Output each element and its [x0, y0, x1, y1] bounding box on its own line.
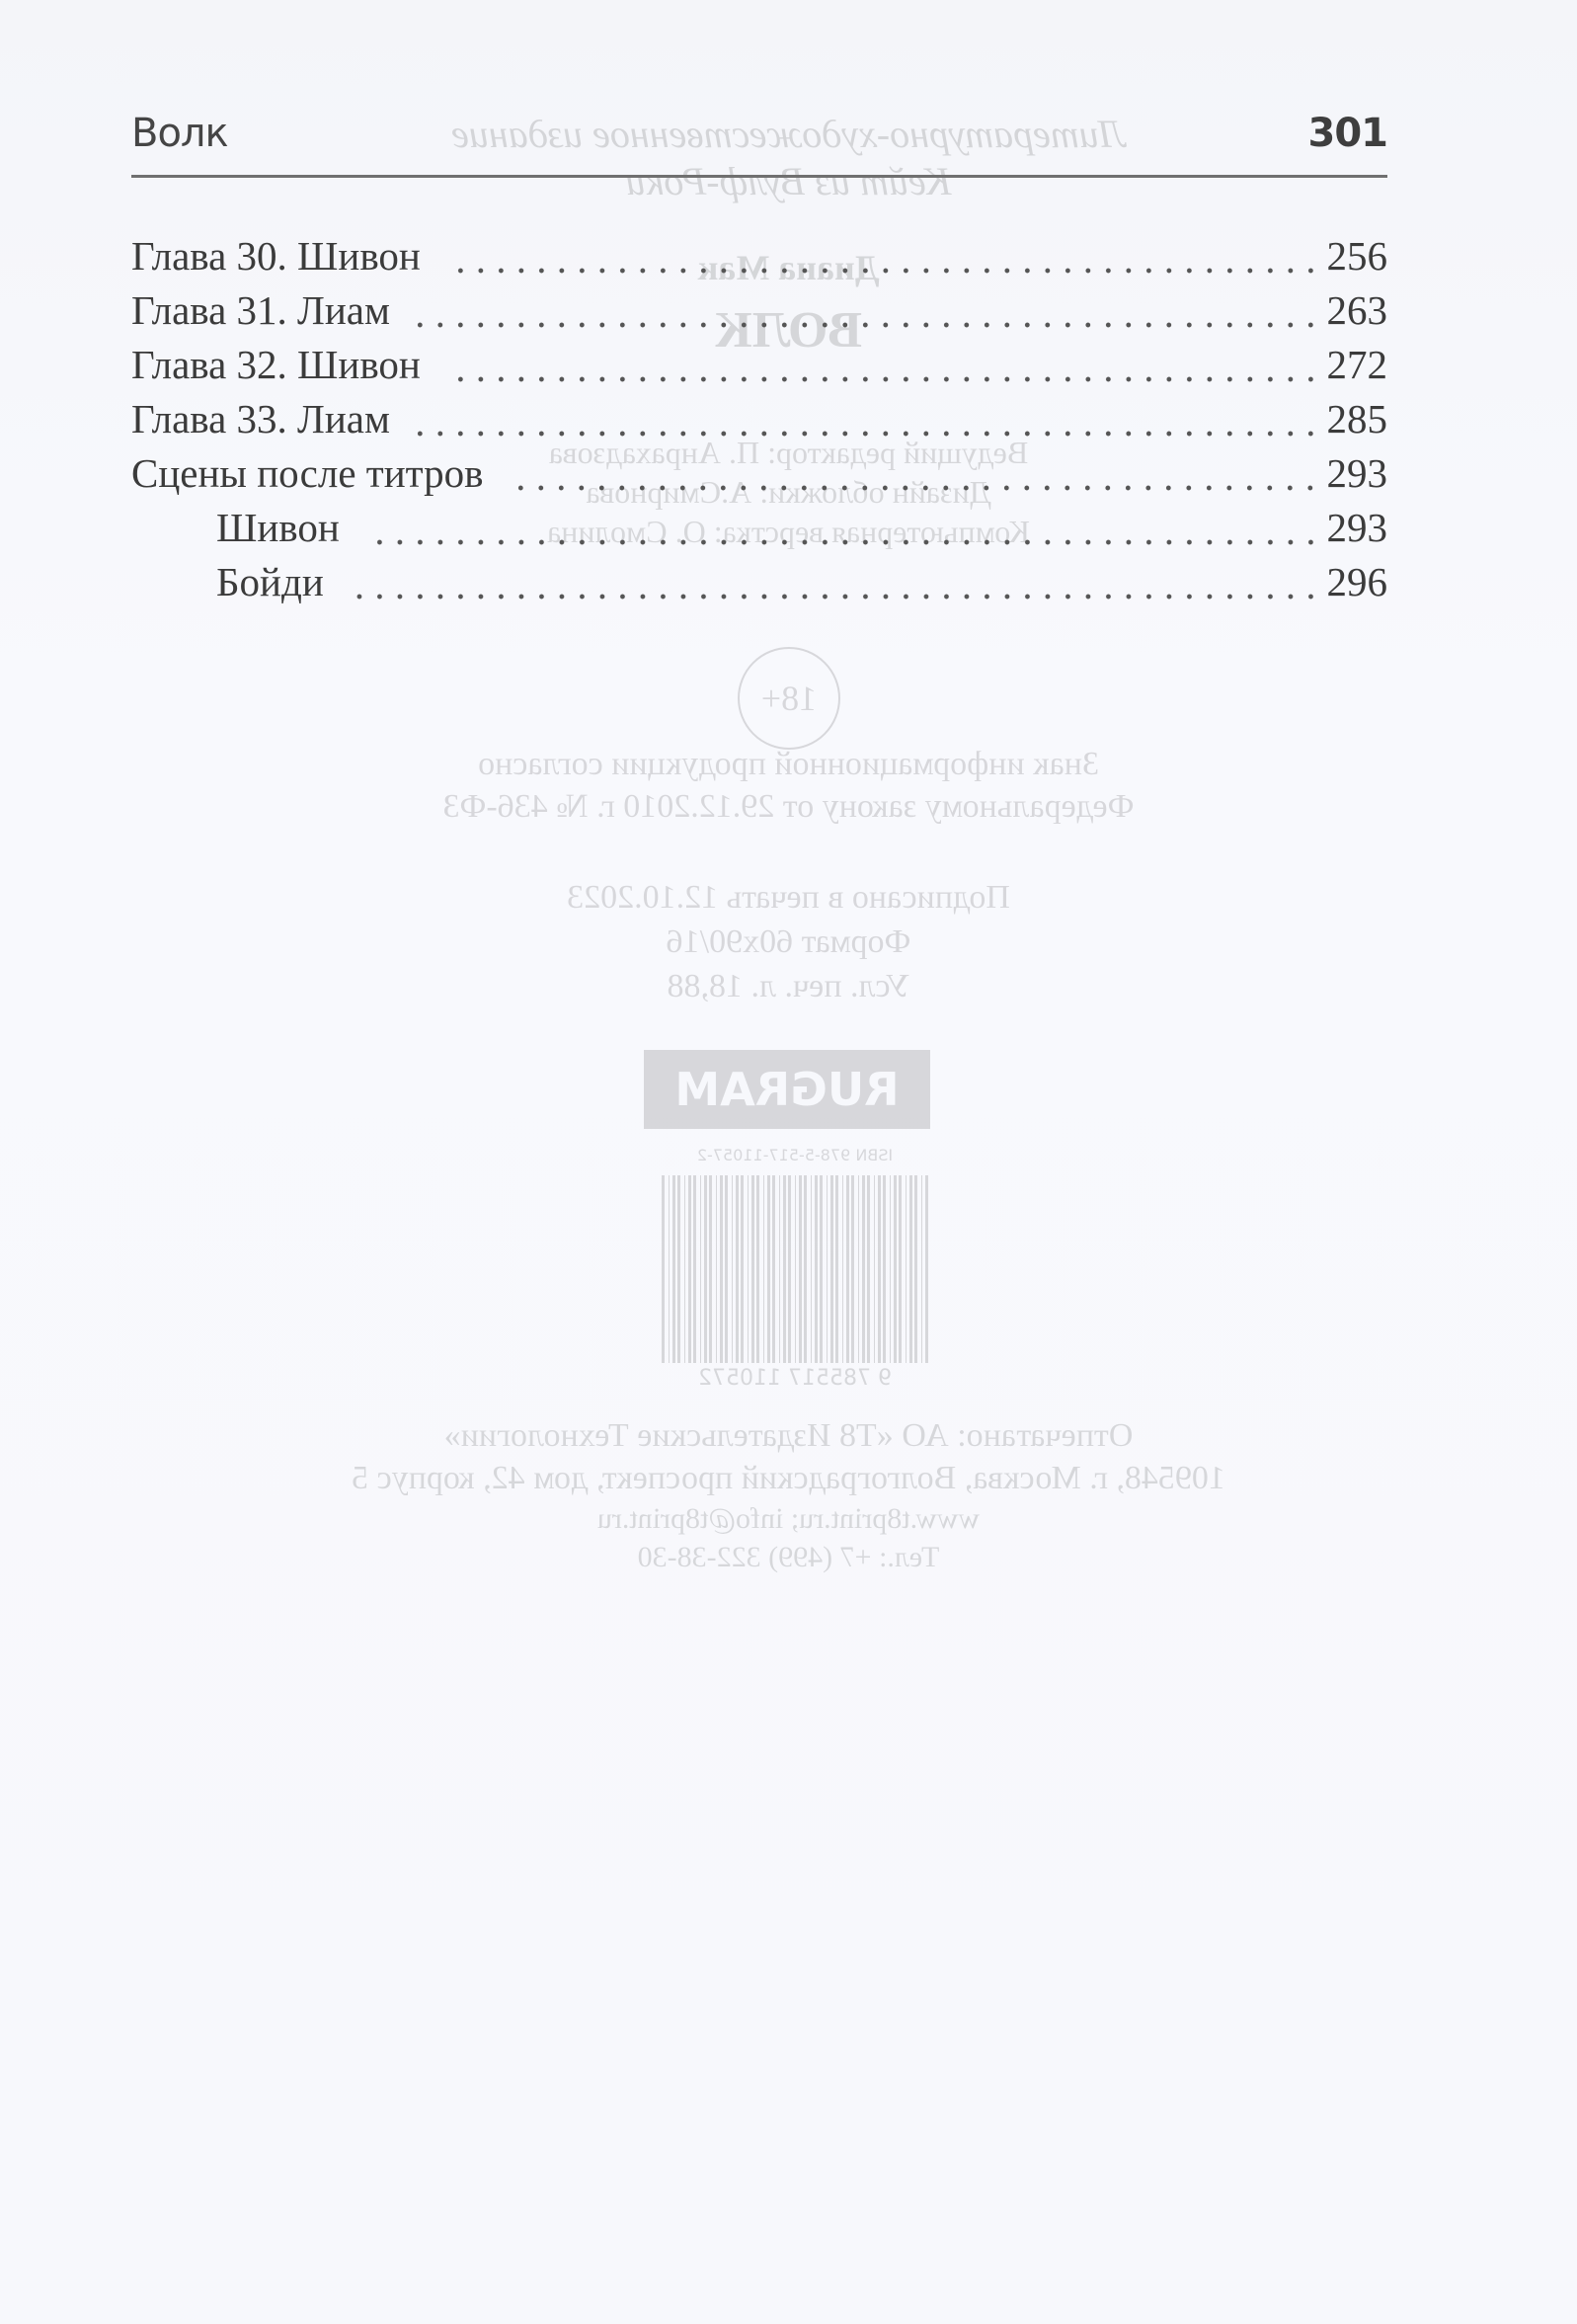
st-line: Формат 60x90/16: [0, 923, 1577, 961]
st-line: 109548, г. Москва, Волгоградский проспек…: [0, 1460, 1577, 1497]
dot-leader: [350, 593, 1321, 601]
toc-entry-page: 285: [1327, 392, 1388, 446]
dot-leader: [416, 430, 1321, 438]
toc-entry-label: Глава 31. Лиам: [131, 283, 390, 338]
st-line: Федеральному закону от 29.12.2010 г. № 4…: [0, 788, 1577, 826]
dot-leader: [446, 267, 1321, 275]
dot-leader: [509, 484, 1320, 492]
st-line: www.t8print.ru; info@t8print.ru: [0, 1502, 1577, 1536]
toc-entry-label: Глава 33. Лиам: [131, 392, 390, 446]
st-line: Знак информационной продукции согласно: [0, 746, 1577, 783]
st-line: Тел.: +7 (499) 322-38-30: [0, 1541, 1577, 1574]
toc-entry-label: Сцены после титров: [131, 446, 483, 501]
st-line: Отпечатано: АО «Т8 Издательские Технолог…: [0, 1417, 1577, 1455]
book-page: Литературно-художественное издание Кейт …: [0, 0, 1577, 2324]
age-rating-badge: 18+: [738, 647, 840, 750]
toc-entry-page: 296: [1327, 555, 1388, 609]
toc-entry-label: Шивон: [216, 501, 340, 555]
table-of-contents: Глава 30. Шивон 256 Глава 31. Лиам 263 Г…: [131, 229, 1387, 609]
toc-entry: Бойди 296: [131, 555, 1387, 609]
header-rule: [131, 175, 1387, 178]
toc-entry-page: 256: [1327, 229, 1388, 283]
toc-entry: Глава 33. Лиам 285: [131, 392, 1387, 446]
toc-entry: Глава 32. Шивон 272: [131, 338, 1387, 392]
toc-entry-page: 263: [1327, 283, 1388, 338]
dot-leader: [446, 375, 1321, 383]
toc-entry: Глава 31. Лиам 263: [131, 283, 1387, 338]
isbn-text: ISBN 978-5-517-11057-2: [662, 1146, 928, 1164]
toc-entry-page: 272: [1327, 338, 1388, 392]
dot-leader: [416, 321, 1321, 329]
running-head: Волк 301: [131, 111, 1387, 172]
st-line: Усл. печ. л. 18,88: [0, 968, 1577, 1005]
page-number: 301: [1308, 111, 1388, 156]
dot-leader: [365, 538, 1321, 546]
publisher-logo: RUGRAM: [644, 1050, 930, 1129]
toc-entry: Глава 30. Шивон 256: [131, 229, 1387, 283]
barcode-number: 9 785517 110572: [662, 1366, 928, 1391]
toc-entry-label: Бойди: [216, 555, 324, 609]
toc-entry: Шивон 293: [131, 501, 1387, 555]
barcode-icon: [662, 1175, 928, 1363]
toc-entry: Сцены после титров 293: [131, 446, 1387, 501]
toc-entry-label: Глава 30. Шивон: [131, 229, 421, 283]
toc-entry-label: Глава 32. Шивон: [131, 338, 421, 392]
st-line: Подписано в печать 12.10.2023: [0, 879, 1577, 917]
book-title: Волк: [131, 111, 228, 156]
toc-entry-page: 293: [1327, 446, 1388, 501]
toc-entry-page: 293: [1327, 501, 1388, 555]
